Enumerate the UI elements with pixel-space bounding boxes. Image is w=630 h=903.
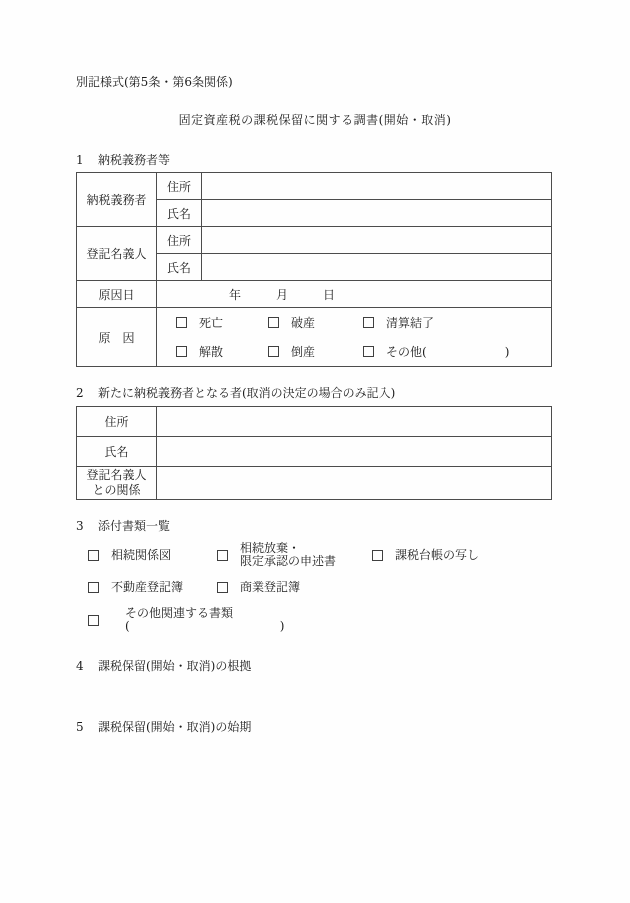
taxpayer-table: 納税義務者 住所 氏名 登記名義人 住所 氏名 原因日 年月日 原 因 — [76, 172, 552, 367]
attachments-row3: その他関連する書類 () — [76, 607, 554, 633]
renunciation-label-line2: 限定承認の申述書 — [240, 555, 336, 568]
cause-option-death-label: 死亡 — [199, 314, 223, 331]
checkbox-bankruptcy[interactable] — [268, 317, 279, 328]
attachment-tax-ledger-copy-label: 課税台帳の写し — [395, 549, 479, 562]
attachment-inheritance-diagram-label: 相続関係図 — [111, 549, 171, 562]
cause-option-death: 死亡 — [176, 314, 268, 331]
cause-options-cell: 死亡 破産 清算結了 解散 倒産 その他() — [157, 308, 552, 367]
cause-option-dissolution: 解散 — [176, 343, 268, 360]
relation-label-line1: 登記名義人 — [77, 468, 156, 483]
attachment-inheritance-diagram: 相続関係図 — [88, 549, 217, 562]
registrant-group-label: 登記名義人 — [77, 227, 157, 281]
checkbox-other-cause[interactable] — [363, 346, 374, 357]
taxpayer-group-label: 納税義務者 — [77, 173, 157, 227]
checkbox-tax-ledger-copy[interactable] — [372, 550, 383, 561]
section1-number: 1 — [76, 153, 98, 167]
section3-number: 3 — [76, 519, 98, 533]
new-taxpayer-table: 住所 氏名 登記名義人 との関係 — [76, 406, 552, 500]
cause-option-other: その他() — [363, 343, 509, 360]
relation-field[interactable] — [157, 467, 552, 500]
taxpayer-name-field[interactable] — [202, 200, 552, 227]
attachment-renunciation-statement: 相続放棄・限定承認の申述書 — [217, 542, 372, 568]
registrant-name-field[interactable] — [202, 254, 552, 281]
date-unit-month: 月 — [276, 288, 288, 302]
section5-heading: 5課税保留(開始・取消)の始期 — [76, 720, 554, 734]
checkbox-insolvency[interactable] — [268, 346, 279, 357]
relation-label: 登記名義人 との関係 — [77, 467, 157, 500]
checkbox-real-estate-registry[interactable] — [88, 582, 99, 593]
section2-heading: 2新たに納税義務者となる者(取消の決定の場合のみ記入) — [76, 386, 554, 400]
new-taxpayer-name-label: 氏名 — [77, 437, 157, 467]
cause-options-row2: 解散 倒産 その他() — [176, 337, 551, 366]
form-page: 別記様式(第5条・第6条関係) 固定資産税の課税保留に関する調書(開始・取消) … — [0, 0, 630, 903]
attachment-commercial-registry-label: 商業登記簿 — [240, 581, 300, 594]
other-paren-close: ) — [280, 619, 285, 633]
section4-label: 課税保留(開始・取消)の根拠 — [98, 659, 251, 673]
checkbox-renunciation-statement[interactable] — [217, 550, 228, 561]
section1-label: 納税義務者等 — [98, 153, 170, 167]
attachment-other-paren-line: () — [125, 620, 284, 633]
cause-option-dissolution-label: 解散 — [199, 343, 223, 360]
new-taxpayer-address-label: 住所 — [77, 407, 157, 437]
registrant-address-label: 住所 — [157, 227, 202, 254]
cause-date-field[interactable]: 年月日 — [157, 281, 552, 308]
form-title: 固定資産税の課税保留に関する調書(開始・取消) — [76, 113, 554, 127]
relation-label-line2: との関係 — [77, 483, 156, 498]
section2-number: 2 — [76, 386, 98, 400]
section5-number: 5 — [76, 720, 98, 734]
cause-date-label: 原因日 — [77, 281, 157, 308]
cause-option-bankruptcy-label: 破産 — [291, 314, 315, 331]
cause-option-bankruptcy: 破産 — [268, 314, 363, 331]
registrant-address-field[interactable] — [202, 227, 552, 254]
cause-option-insolvency-label: 倒産 — [291, 343, 315, 360]
taxpayer-name-label: 氏名 — [157, 200, 202, 227]
attachment-tax-ledger-copy: 課税台帳の写し — [372, 549, 479, 562]
cause-label: 原 因 — [77, 308, 157, 367]
other-paren-open: ( — [125, 619, 130, 633]
form-style-note: 別記様式(第5条・第6条関係) — [76, 75, 554, 89]
checkbox-liquidation[interactable] — [363, 317, 374, 328]
section4-number: 4 — [76, 659, 98, 673]
section2-label: 新たに納税義務者となる者(取消の決定の場合のみ記入) — [98, 386, 395, 400]
registrant-name-label: 氏名 — [157, 254, 202, 281]
attachment-other-documents-label: その他関連する書類 — [125, 607, 284, 620]
cause-option-insolvency: 倒産 — [268, 343, 363, 360]
checkbox-commercial-registry[interactable] — [217, 582, 228, 593]
checkbox-dissolution[interactable] — [176, 346, 187, 357]
attachments-row2: 不動産登記簿 商業登記簿 — [76, 581, 554, 594]
new-taxpayer-address-field[interactable] — [157, 407, 552, 437]
section3-heading: 3添付書類一覧 — [76, 519, 554, 533]
date-unit-day: 日 — [323, 288, 335, 302]
attachment-commercial-registry: 商業登記簿 — [217, 581, 300, 594]
attachment-other-documents: その他関連する書類 () — [125, 607, 284, 633]
section4-heading: 4課税保留(開始・取消)の根拠 — [76, 659, 554, 673]
date-unit-year: 年 — [229, 288, 241, 302]
cause-option-liquidation-label: 清算結了 — [386, 314, 434, 331]
attachment-renunciation-statement-label: 相続放棄・限定承認の申述書 — [240, 542, 336, 568]
section5-label: 課税保留(開始・取消)の始期 — [98, 720, 251, 734]
cause-other-close: ) — [505, 345, 510, 359]
checkbox-other-documents[interactable] — [88, 615, 99, 626]
taxpayer-address-field[interactable] — [202, 173, 552, 200]
attachments-row1: 相続関係図 相続放棄・限定承認の申述書 課税台帳の写し — [76, 542, 554, 568]
cause-other-open: その他( — [386, 343, 427, 360]
cause-option-liquidation: 清算結了 — [363, 314, 434, 331]
cause-options-row1: 死亡 破産 清算結了 — [176, 308, 551, 337]
attachment-real-estate-registry: 不動産登記簿 — [88, 581, 217, 594]
checkbox-death[interactable] — [176, 317, 187, 328]
taxpayer-address-label: 住所 — [157, 173, 202, 200]
attachment-real-estate-registry-label: 不動産登記簿 — [111, 581, 183, 594]
section3-label: 添付書類一覧 — [98, 519, 170, 533]
new-taxpayer-name-field[interactable] — [157, 437, 552, 467]
section1-heading: 1納税義務者等 — [76, 153, 554, 167]
checkbox-inheritance-diagram[interactable] — [88, 550, 99, 561]
